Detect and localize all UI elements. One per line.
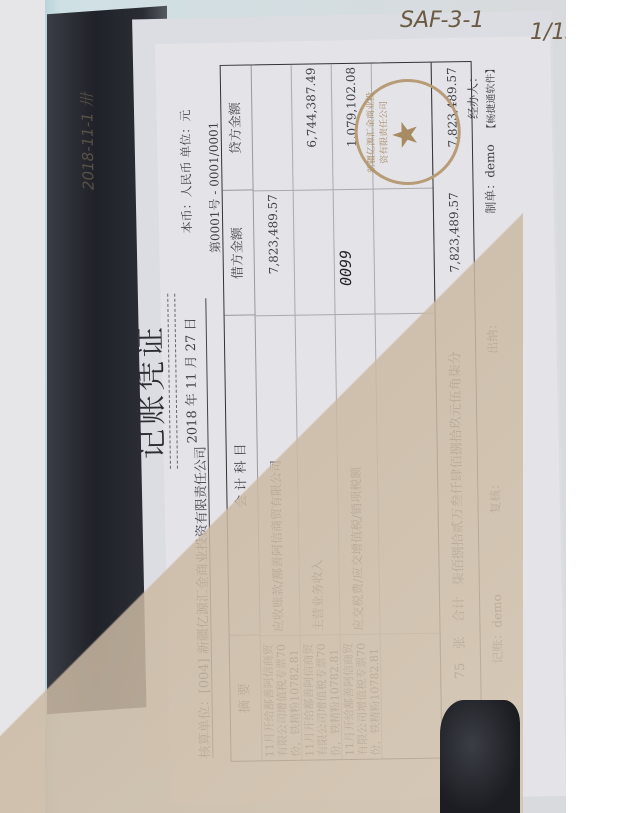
row-summary: 11月开给鄯善阿信商贸有限公司增值税专票70份，铁精粉10782.81吨 xyxy=(300,634,342,760)
row-account: 应交税费/应交增值税/销项税额 xyxy=(335,314,380,635)
total-label: 合计 xyxy=(440,596,480,623)
row-credit xyxy=(251,65,293,191)
header-summary: 摘 要 xyxy=(230,634,263,760)
voucher-date: 2018 年 11 月 27 日 xyxy=(180,317,201,443)
row-debit xyxy=(293,189,335,315)
total-in-words: 柒佰捌拾贰万叁仟肆佰捌拾玖元伍角柒分 xyxy=(436,351,480,586)
row-summary: 11月开给鄯善阿信商贸有限公司增值税专票70份，铁精粉10782.81吨 xyxy=(340,634,382,760)
attachments-count: 75 xyxy=(441,662,481,679)
preparer-signature: 制单：demo xyxy=(481,144,499,214)
handwritten-code: SAF-3-1 xyxy=(400,8,484,33)
title-underline xyxy=(167,294,178,469)
handler-signature: 经办人： xyxy=(464,71,482,119)
accounting-voucher: 2018-11-1 卅 记账凭证 2018 年 11 月 27 日 核算单位：[… xyxy=(83,44,495,790)
total-debit: 7,823,489.57 xyxy=(434,192,475,288)
cashier-signature: 出纳： xyxy=(484,318,502,354)
currency-unit: 本币：人民币 单位：元 xyxy=(176,110,195,234)
row-account: 应收账款/鄯善阿信商贸有限公司 xyxy=(255,315,300,636)
reviewer-signature: 复核： xyxy=(486,478,504,514)
software-label: 【畅捷通软件】 xyxy=(482,64,498,134)
header-credit: 贷方金额 xyxy=(221,65,254,190)
voucher-title: 记账凭证 xyxy=(126,323,172,460)
row-account: 主营业务收入 xyxy=(295,314,340,635)
star-icon: ★ xyxy=(386,119,426,150)
page-margin xyxy=(566,0,617,813)
handwritten-slip-date: 2018-11-1 卅 xyxy=(76,92,99,190)
attachments-unit: 张 xyxy=(441,636,481,650)
thumb xyxy=(440,700,520,813)
stamp-serial: 0099 xyxy=(337,250,356,286)
row-debit: 7,823,489.57 xyxy=(253,190,295,316)
header-debit: 借方金额 xyxy=(223,189,256,315)
bookkeeper-signature: 记账：demo xyxy=(488,594,506,664)
row-summary: 11月开给鄯善阿信商贸有限公司增值税专票70份，铁精粉10782.81吨 xyxy=(260,635,302,761)
row-credit: 6,744,387.49 xyxy=(291,64,333,190)
